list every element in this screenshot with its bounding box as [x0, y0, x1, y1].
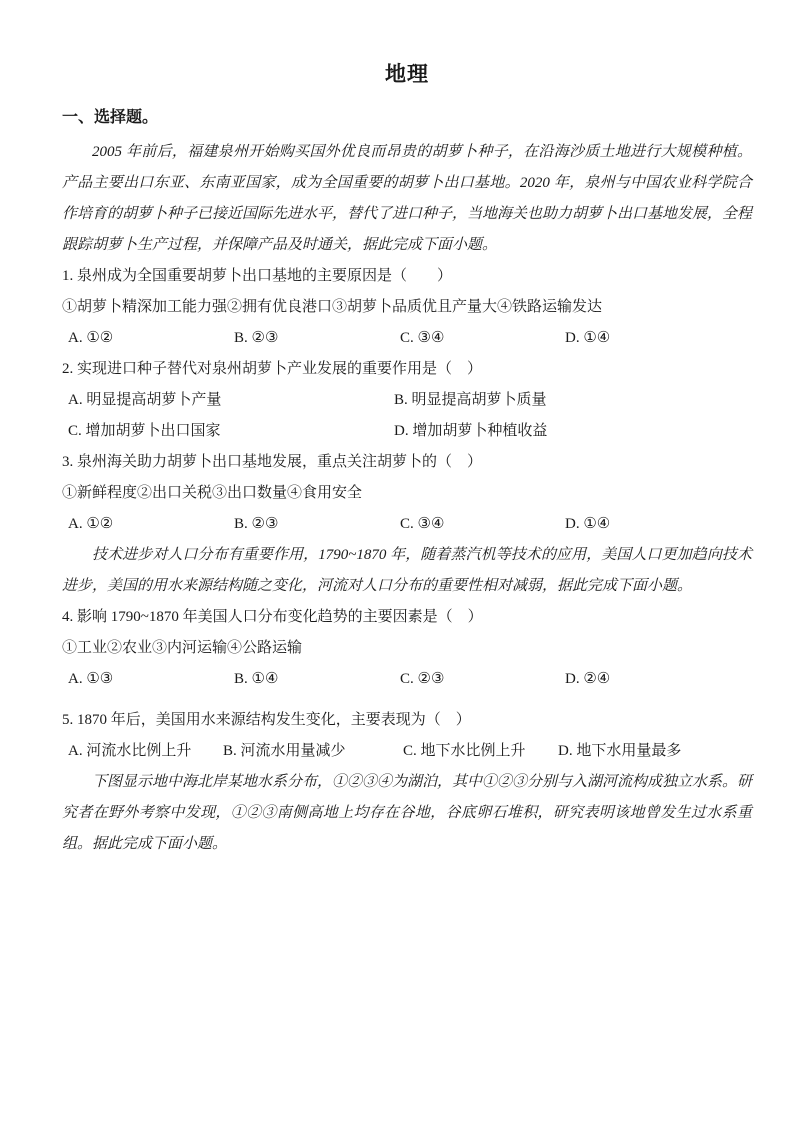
question-1-option-b: B. ②③ [234, 323, 400, 354]
question-4-items: ①工业②农业③内河运输④公路运输 [62, 633, 752, 664]
question-2-options-row-1: A. 明显提高胡萝卜产量 B. 明显提高胡萝卜质量 [62, 385, 752, 416]
question-2-option-d: D. 增加胡萝卜种植收益 [394, 416, 752, 447]
question-4-option-b: B. ①④ [234, 664, 400, 695]
question-2-option-c: C. 增加胡萝卜出口国家 [68, 416, 394, 447]
question-3-option-a: A. ①② [68, 509, 234, 540]
question-3-stem: 3. 泉州海关助力胡萝卜出口基地发展，重点关注胡萝卜的（ ） [62, 447, 752, 478]
question-5-option-b: B. 河流水用量减少 [223, 736, 403, 767]
question-1-option-d: D. ①④ [565, 323, 752, 354]
question-3-option-d: D. ①④ [565, 509, 752, 540]
passage-2: 技术进步对人口分布有重要作用，1790~1870 年，随着蒸汽机等技术的应用，美… [62, 540, 752, 602]
question-1-stem: 1. 泉州成为全国重要胡萝卜出口基地的主要原因是（ ） [62, 261, 752, 292]
passage-3: 下图显示地中海北岸某地水系分布，①②③④为湖泊，其中①②③分别与入湖河流构成独立… [62, 767, 752, 860]
question-4-option-c: C. ②③ [400, 664, 565, 695]
question-4-option-d: D. ②④ [565, 664, 752, 695]
page-content: 地理 一、选择题。 2005 年前后，福建泉州开始购买国外优良而昂贵的胡萝卜种子… [0, 0, 793, 860]
question-2-option-a: A. 明显提高胡萝卜产量 [68, 385, 394, 416]
question-4-options: A. ①③ B. ①④ C. ②③ D. ②④ [62, 664, 752, 695]
question-2-option-b: B. 明显提高胡萝卜质量 [394, 385, 752, 416]
question-5-option-d: D. 地下水用量最多 [558, 736, 752, 767]
question-2-stem: 2. 实现进口种子替代对泉州胡萝卜产业发展的重要作用是（ ） [62, 354, 752, 385]
question-3-option-b: B. ②③ [234, 509, 400, 540]
question-5-option-a: A. 河流水比例上升 [68, 736, 223, 767]
question-5-option-c: C. 地下水比例上升 [403, 736, 558, 767]
question-5-options: A. 河流水比例上升 B. 河流水用量减少 C. 地下水比例上升 D. 地下水用… [62, 736, 752, 767]
question-4-option-a: A. ①③ [68, 664, 234, 695]
question-1-option-c: C. ③④ [400, 323, 565, 354]
page-title: 地理 [62, 58, 752, 90]
section-header: 一、选择题。 [62, 107, 752, 129]
question-1-option-a: A. ①② [68, 323, 234, 354]
question-3-option-c: C. ③④ [400, 509, 565, 540]
question-1-items: ①胡萝卜精深加工能力强②拥有优良港口③胡萝卜品质优且产量大④铁路运输发达 [62, 292, 752, 323]
question-4-stem: 4. 影响 1790~1870 年美国人口分布变化趋势的主要因素是（ ） [62, 602, 752, 633]
question-3-items: ①新鲜程度②出口关税③出口数量④食用安全 [62, 478, 752, 509]
question-1-options: A. ①② B. ②③ C. ③④ D. ①④ [62, 323, 752, 354]
passage-1: 2005 年前后，福建泉州开始购买国外优良而昂贵的胡萝卜种子，在沿海沙质土地进行… [62, 137, 752, 261]
question-5-stem: 5. 1870 年后，美国用水来源结构发生变化，主要表现为（ ） [62, 705, 752, 736]
question-3-options: A. ①② B. ②③ C. ③④ D. ①④ [62, 509, 752, 540]
exam-page: 地理 一、选择题。 2005 年前后，福建泉州开始购买国外优良而昂贵的胡萝卜种子… [0, 0, 793, 1122]
question-2-options-row-2: C. 增加胡萝卜出口国家 D. 增加胡萝卜种植收益 [62, 416, 752, 447]
